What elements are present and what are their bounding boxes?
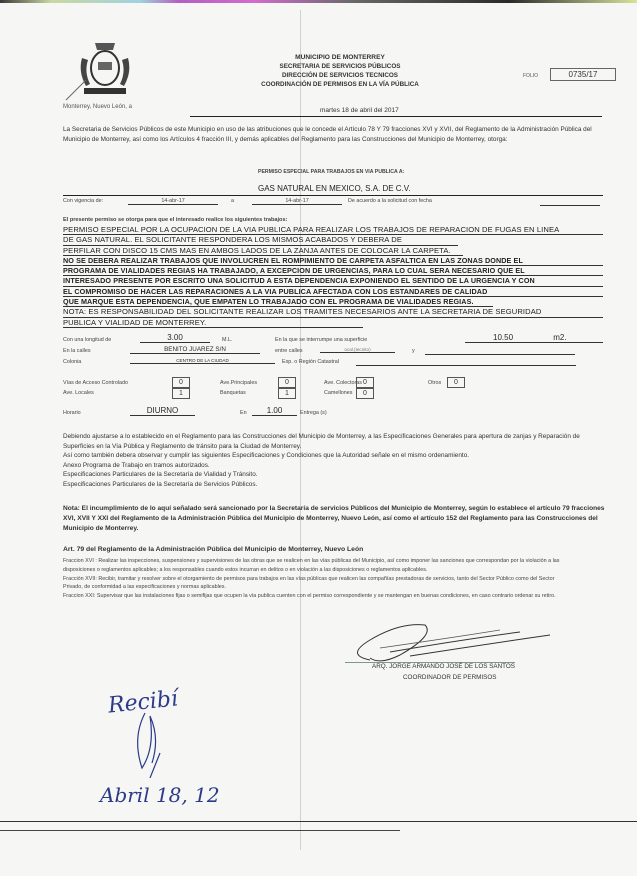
condition-item: Especificaciones Particulares de la Secr… xyxy=(63,480,608,490)
surface-label: En la que se interrumpe una superficie xyxy=(275,337,367,343)
length-value: 3.00 xyxy=(140,333,210,343)
street-value: BENITO JUAREZ S/N xyxy=(130,346,260,354)
works-line: INTERESADO PRESENTE POR ESCRITO UNA SOLI… xyxy=(63,276,603,286)
header-coordination: COORDINACIÓN DE PERMISOS EN LA VÍA PÚBLI… xyxy=(220,81,460,88)
request-date-label: De acuerdo a la solicitud con fecha xyxy=(348,198,432,204)
between-streets-value: ocal.(tecnito) xyxy=(320,347,395,353)
works-line: PROGRAMA DE VIALIDADES REGIAS HA TRABAJA… xyxy=(63,266,603,276)
works-line: NO SE DEBERA REALIZAR TRABAJOS QUE INVOL… xyxy=(63,256,603,266)
surface-unit: m2. xyxy=(553,333,566,342)
colonia-label: Colonia xyxy=(63,359,81,365)
folio-number: 0735/17 xyxy=(550,68,616,81)
exp-label: Exp. o Región Catastral xyxy=(282,359,339,365)
works-description: PERMISO ESPECIAL POR LA OCUPACION DE LA … xyxy=(63,225,603,328)
condition-item: Debiendo ajustarse a lo establecido en e… xyxy=(63,432,608,451)
article-fractions: Fraccion XVI : Realizar las inspecciones… xyxy=(63,557,563,601)
article-fraction: Fraccion XXI: Supervisar que las instala… xyxy=(63,592,563,601)
count-value: 0 xyxy=(447,377,465,388)
count-value: 0 xyxy=(278,377,296,388)
colonia-value: CENTRO DE LA CIUDAD xyxy=(130,358,275,364)
signature-scribble-icon xyxy=(340,620,570,665)
article-title: Art. 79 del Reglamento de la Administrac… xyxy=(63,546,363,553)
count-value: 0 xyxy=(356,377,374,388)
schedule-label: Horario xyxy=(63,410,81,416)
count-label: Otros xyxy=(428,380,441,386)
grantee-rule xyxy=(63,195,603,196)
works-line: EL COMPROMISO DE HACER LAS REPARACIONES … xyxy=(63,287,603,297)
works-line: QUE MARQUE ESTA DEPENDENCIA, QUE EMPATEN… xyxy=(63,297,493,307)
works-label: El presente permiso se otorga para que e… xyxy=(63,217,287,223)
deliveries-label: Entrega (s) xyxy=(300,410,327,416)
works-line: PUBLICA Y VIALIDAD DE MONTERREY. xyxy=(63,318,363,328)
scan-edge xyxy=(0,0,637,3)
works-line: DE GAS NATURAL. EL SOLICITANTE RESPONDER… xyxy=(63,235,458,245)
request-date-field xyxy=(540,198,600,206)
sanction-note: Nota: El incumplimiento de lo aquí señal… xyxy=(63,504,611,534)
count-label: Camellones xyxy=(324,390,352,396)
condition-item: Especificaciones Particulares de la Secr… xyxy=(63,470,608,480)
validity-to: 14-abr-17 xyxy=(252,198,342,205)
permit-title: PERMISO ESPECIAL PARA TRABAJOS EN VIA PU… xyxy=(258,169,404,175)
city-note: Monterrey, Nuevo León, a xyxy=(63,104,132,110)
condition-item: Así como también debera observar y cumpl… xyxy=(63,451,608,461)
document-date: martes 18 de abril del 2017 xyxy=(320,107,399,114)
deliveries-value: 1.00 xyxy=(252,406,297,416)
header-direction: DIRECCIÓN DE SERVICIOS TECNICOS xyxy=(220,72,460,79)
works-line: PERMISO ESPECIAL POR LA OCUPACION DE LA … xyxy=(63,225,603,235)
and-label: y xyxy=(412,348,415,354)
and-street-field xyxy=(425,347,575,355)
header-municipality: MUNICIPIO DE MONTERREY xyxy=(220,54,460,61)
validity-to-label: a xyxy=(231,198,234,204)
validity-from: 14-abr-17 xyxy=(128,198,218,205)
count-label: Ave.Principales xyxy=(220,380,257,386)
grantee-name: GAS NATURAL EN MEXICO, S.A. DE C.V. xyxy=(258,184,411,193)
schedule-value: DIURNO xyxy=(130,406,195,416)
surface-value: 10.50 xyxy=(493,333,513,342)
handwritten-initials-icon xyxy=(130,708,170,778)
count-label: Vías de Acceso Controlado xyxy=(63,380,128,386)
works-line: NOTA: ES RESPONSABILIDAD DEL SOLICITANTE… xyxy=(63,307,603,317)
between-streets-label: entre calles xyxy=(275,348,303,354)
deliveries-in-label: En xyxy=(240,410,247,416)
works-line: PERFILAR CON DISCO 15 CMS MAS EN AMBOS L… xyxy=(63,246,463,256)
handwritten-date: Abril 18, 12 xyxy=(100,783,220,807)
folio-label: FOLIO xyxy=(523,73,538,79)
surface-field: 10.50 m2. xyxy=(465,333,603,343)
article-fraction: Fracción XVII: Recibir, tramitar y resol… xyxy=(63,575,563,593)
header-rule xyxy=(190,116,602,117)
signer-name: ARQ. JORGE ARMANDO JOSÉ DE LOS SANTOS xyxy=(372,663,515,670)
header-secretariat: SECRETARIA DE SERVICIOS PÚBLICOS xyxy=(220,63,460,70)
count-value: 0 xyxy=(172,377,190,388)
validity-label: Con vigencia de: xyxy=(63,198,103,204)
count-value: 0 xyxy=(356,388,374,399)
exp-field xyxy=(356,358,576,366)
count-value: 1 xyxy=(278,388,296,399)
condition-item: Anexo Programa de Trabajo en tramos auto… xyxy=(63,461,608,471)
article-fraction: Fraccion XVI : Realizar las inspecciones… xyxy=(63,557,563,575)
street-label: En la calles xyxy=(63,348,91,354)
conditions-list: Debiendo ajustarse a lo establecido en e… xyxy=(63,432,608,490)
scan-bottom-rule xyxy=(0,821,637,822)
length-label: Con una longitud de xyxy=(63,337,111,343)
length-unit: M.L. xyxy=(222,337,232,343)
intro-paragraph: La Secretaria de Servicios Públicos de e… xyxy=(63,125,608,144)
signer-role: COORDINADOR DE PERMISOS xyxy=(403,674,496,681)
count-value: 1 xyxy=(172,388,190,399)
count-label: Ave. Locales xyxy=(63,390,94,396)
count-label: Banquetas xyxy=(220,390,246,396)
municipal-coat-of-arms-icon xyxy=(60,40,150,102)
scan-bottom-rule xyxy=(0,830,400,831)
